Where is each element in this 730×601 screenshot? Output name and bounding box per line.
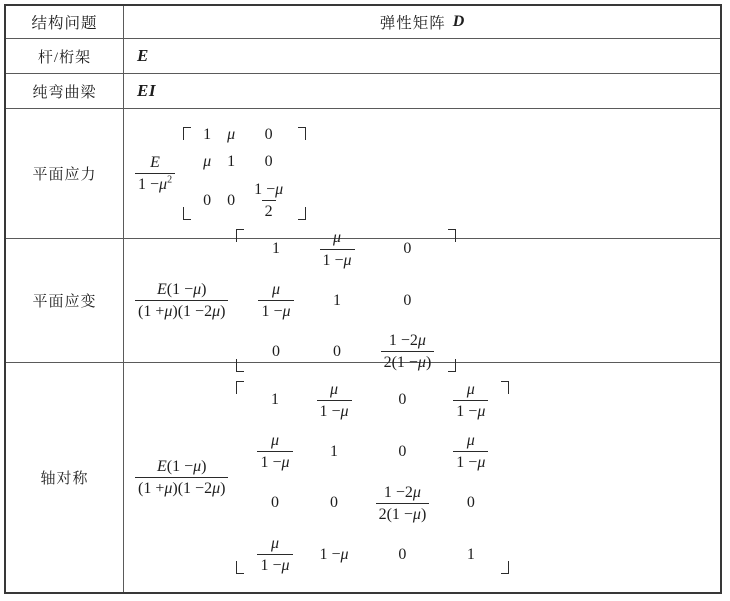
fraction-denominator: (1 +μ)(1 −2μ) <box>135 300 228 321</box>
matrix-entry: 1 <box>227 153 235 171</box>
header-problem-label: 结构问题 <box>31 11 97 33</box>
right-bracket-icon <box>298 127 306 220</box>
matrix-grid: 1μ1 −μ0μ1 −μμ1 −μ10μ1 −μ001 −2μ2(1 −μ)0μ… <box>244 380 501 576</box>
fraction-denominator: 1 −μ <box>257 451 292 472</box>
bending-beam-formula-cell: EI <box>124 74 720 109</box>
fraction-numerator: E(1 −μ) <box>154 457 210 477</box>
row-label-rod-truss: 杆/桁架 <box>6 39 124 74</box>
fraction-denominator: 1 −μ <box>453 451 488 472</box>
plane-stress-label: 平面应力 <box>32 163 96 184</box>
axisymmetric-formula-cell: E(1 −μ)(1 +μ)(1 −2μ) 1μ1 −μ0μ1 −μμ1 −μ10… <box>124 363 720 592</box>
fraction-denominator: 1 −μ <box>258 300 293 321</box>
fraction-numerator: E(1 −μ) <box>154 280 210 300</box>
fraction-denominator: 1 −μ <box>257 554 292 575</box>
row-label-plane-stress: 平面应力 <box>6 109 124 239</box>
matrix-grid: 1μ1 −μ0μ1 −μ10001 −2μ2(1 −μ) <box>244 228 448 372</box>
header-cell-problem: 结构问题 <box>6 6 124 39</box>
fraction-denominator: 1 −μ <box>320 249 355 270</box>
left-bracket-icon <box>236 229 244 371</box>
matrix-entry: 1 <box>272 240 280 258</box>
matrix-entry-fraction: μ1 −μ <box>453 380 488 421</box>
matrix-entry: 0 <box>227 192 235 210</box>
matrix-entry: 1 −μ <box>320 546 349 564</box>
matrix-entry: μ <box>227 126 235 144</box>
matrix-entry-fraction: μ1 −μ <box>257 431 292 472</box>
matrix-entry: 0 <box>398 391 406 409</box>
matrix-entry: 0 <box>333 343 341 361</box>
fraction-numerator: μ <box>464 431 478 451</box>
matrix-entry: 0 <box>203 192 211 210</box>
fraction-numerator: μ <box>268 431 282 451</box>
matrix-entry: 0 <box>467 494 475 512</box>
left-bracket-icon <box>236 381 244 575</box>
axisymmetric-label: 轴对称 <box>40 467 88 488</box>
fraction-numerator: μ <box>464 380 478 400</box>
fraction-denominator: 1 −μ2 <box>135 173 175 194</box>
matrix-factor: E(1 −μ)(1 +μ)(1 −2μ) <box>135 280 228 321</box>
fraction-numerator: E <box>147 153 163 173</box>
matrix-entry-fraction: μ1 −μ <box>258 280 293 321</box>
matrix-entry: 0 <box>398 546 406 564</box>
bending-beam-label: 纯弯曲梁 <box>32 81 96 102</box>
plane-strain-matrix: 1μ1 −μ0μ1 −μ10001 −2μ2(1 −μ) <box>236 228 456 372</box>
plane-strain-label: 平面应变 <box>32 290 96 311</box>
header-cell-matrix: 弹性矩阵 D <box>124 6 720 39</box>
axisymmetric-matrix: 1μ1 −μ0μ1 −μμ1 −μ10μ1 −μ001 −2μ2(1 −μ)0μ… <box>236 380 509 576</box>
matrix-entry: 0 <box>403 292 411 310</box>
fraction-denominator: 1 −μ <box>453 400 488 421</box>
matrix-entry: 0 <box>265 153 273 171</box>
matrix-entry: μ <box>203 153 211 171</box>
row-label-bending-beam: 纯弯曲梁 <box>6 74 124 109</box>
rod-truss-formula: E <box>137 46 149 66</box>
matrix-entry: 0 <box>272 343 280 361</box>
matrix-entry: 0 <box>398 443 406 461</box>
matrix-entry-fraction: μ1 −μ <box>257 534 292 575</box>
fraction-denominator: 2 <box>262 200 276 221</box>
matrix-entry-fraction: 1 −2μ2(1 −μ) <box>376 483 430 524</box>
matrix-entry: 0 <box>330 494 338 512</box>
fraction-denominator: (1 +μ)(1 −2μ) <box>135 477 228 498</box>
matrix-entry: 0 <box>265 126 273 144</box>
fraction-numerator: 1 −μ <box>251 180 286 200</box>
matrix-factor: E(1 −μ)(1 +μ)(1 −2μ) <box>135 457 228 498</box>
fraction-numerator: 1 −2μ <box>386 331 429 351</box>
fraction-numerator: μ <box>269 280 283 300</box>
matrix-entry-fraction: μ1 −μ <box>317 380 352 421</box>
elasticity-matrix-table: 结构问题 弹性矩阵 D 杆/桁架 E 纯弯曲梁 EI 平面应力 E1 −μ2 1… <box>4 4 722 594</box>
rod-truss-label: 杆/桁架 <box>38 46 91 67</box>
row-label-plane-strain: 平面应变 <box>6 239 124 363</box>
factor-fraction: E(1 −μ)(1 +μ)(1 −2μ) <box>135 280 228 321</box>
matrix-entry: 0 <box>271 494 279 512</box>
matrix-grid: 1μ0μ10001 −μ2 <box>191 126 298 221</box>
fraction-denominator: 1 −μ <box>317 400 352 421</box>
factor-fraction: E1 −μ2 <box>135 153 175 194</box>
matrix-entry-fraction: μ1 −μ <box>320 228 355 269</box>
fraction-numerator: μ <box>268 534 282 554</box>
row-label-axisymmetric: 轴对称 <box>6 363 124 592</box>
matrix-entry: 0 <box>403 240 411 258</box>
plane-stress-formula-cell: E1 −μ2 1μ0μ10001 −μ2 <box>124 109 720 239</box>
fraction-denominator: 2(1 −μ) <box>376 503 430 524</box>
plane-stress-matrix: 1μ0μ10001 −μ2 <box>183 126 306 221</box>
bending-beam-formula: EI <box>137 81 156 101</box>
matrix-entry: 1 <box>203 126 211 144</box>
header-matrix-title: 弹性矩阵 <box>380 11 446 33</box>
matrix-symbol: D <box>453 13 465 31</box>
matrix-entry: 1 <box>333 292 341 310</box>
right-bracket-icon <box>501 381 509 575</box>
matrix-factor: E1 −μ2 <box>135 153 175 194</box>
fraction-numerator: 1 −2μ <box>381 483 424 503</box>
plane-strain-formula: E(1 −μ)(1 +μ)(1 −2μ) 1μ1 −μ0μ1 −μ10001 −… <box>135 228 456 372</box>
fraction-numerator: μ <box>330 228 344 248</box>
plane-strain-formula-cell: E(1 −μ)(1 +μ)(1 −2μ) 1μ1 −μ0μ1 −μ10001 −… <box>124 239 720 363</box>
rod-truss-formula-cell: E <box>124 39 720 74</box>
matrix-entry-fraction: μ1 −μ <box>453 431 488 472</box>
matrix-entry: 1 <box>271 391 279 409</box>
matrix-entry: 1 <box>330 443 338 461</box>
plane-stress-formula: E1 −μ2 1μ0μ10001 −μ2 <box>135 126 306 221</box>
matrix-entry-fraction: 1 −μ2 <box>251 180 286 221</box>
factor-fraction: E(1 −μ)(1 +μ)(1 −2μ) <box>135 457 228 498</box>
right-bracket-icon <box>448 229 456 371</box>
left-bracket-icon <box>183 127 191 220</box>
fraction-numerator: μ <box>327 380 341 400</box>
matrix-entry: 1 <box>467 546 475 564</box>
axisymmetric-formula: E(1 −μ)(1 +μ)(1 −2μ) 1μ1 −μ0μ1 −μμ1 −μ10… <box>135 380 509 576</box>
